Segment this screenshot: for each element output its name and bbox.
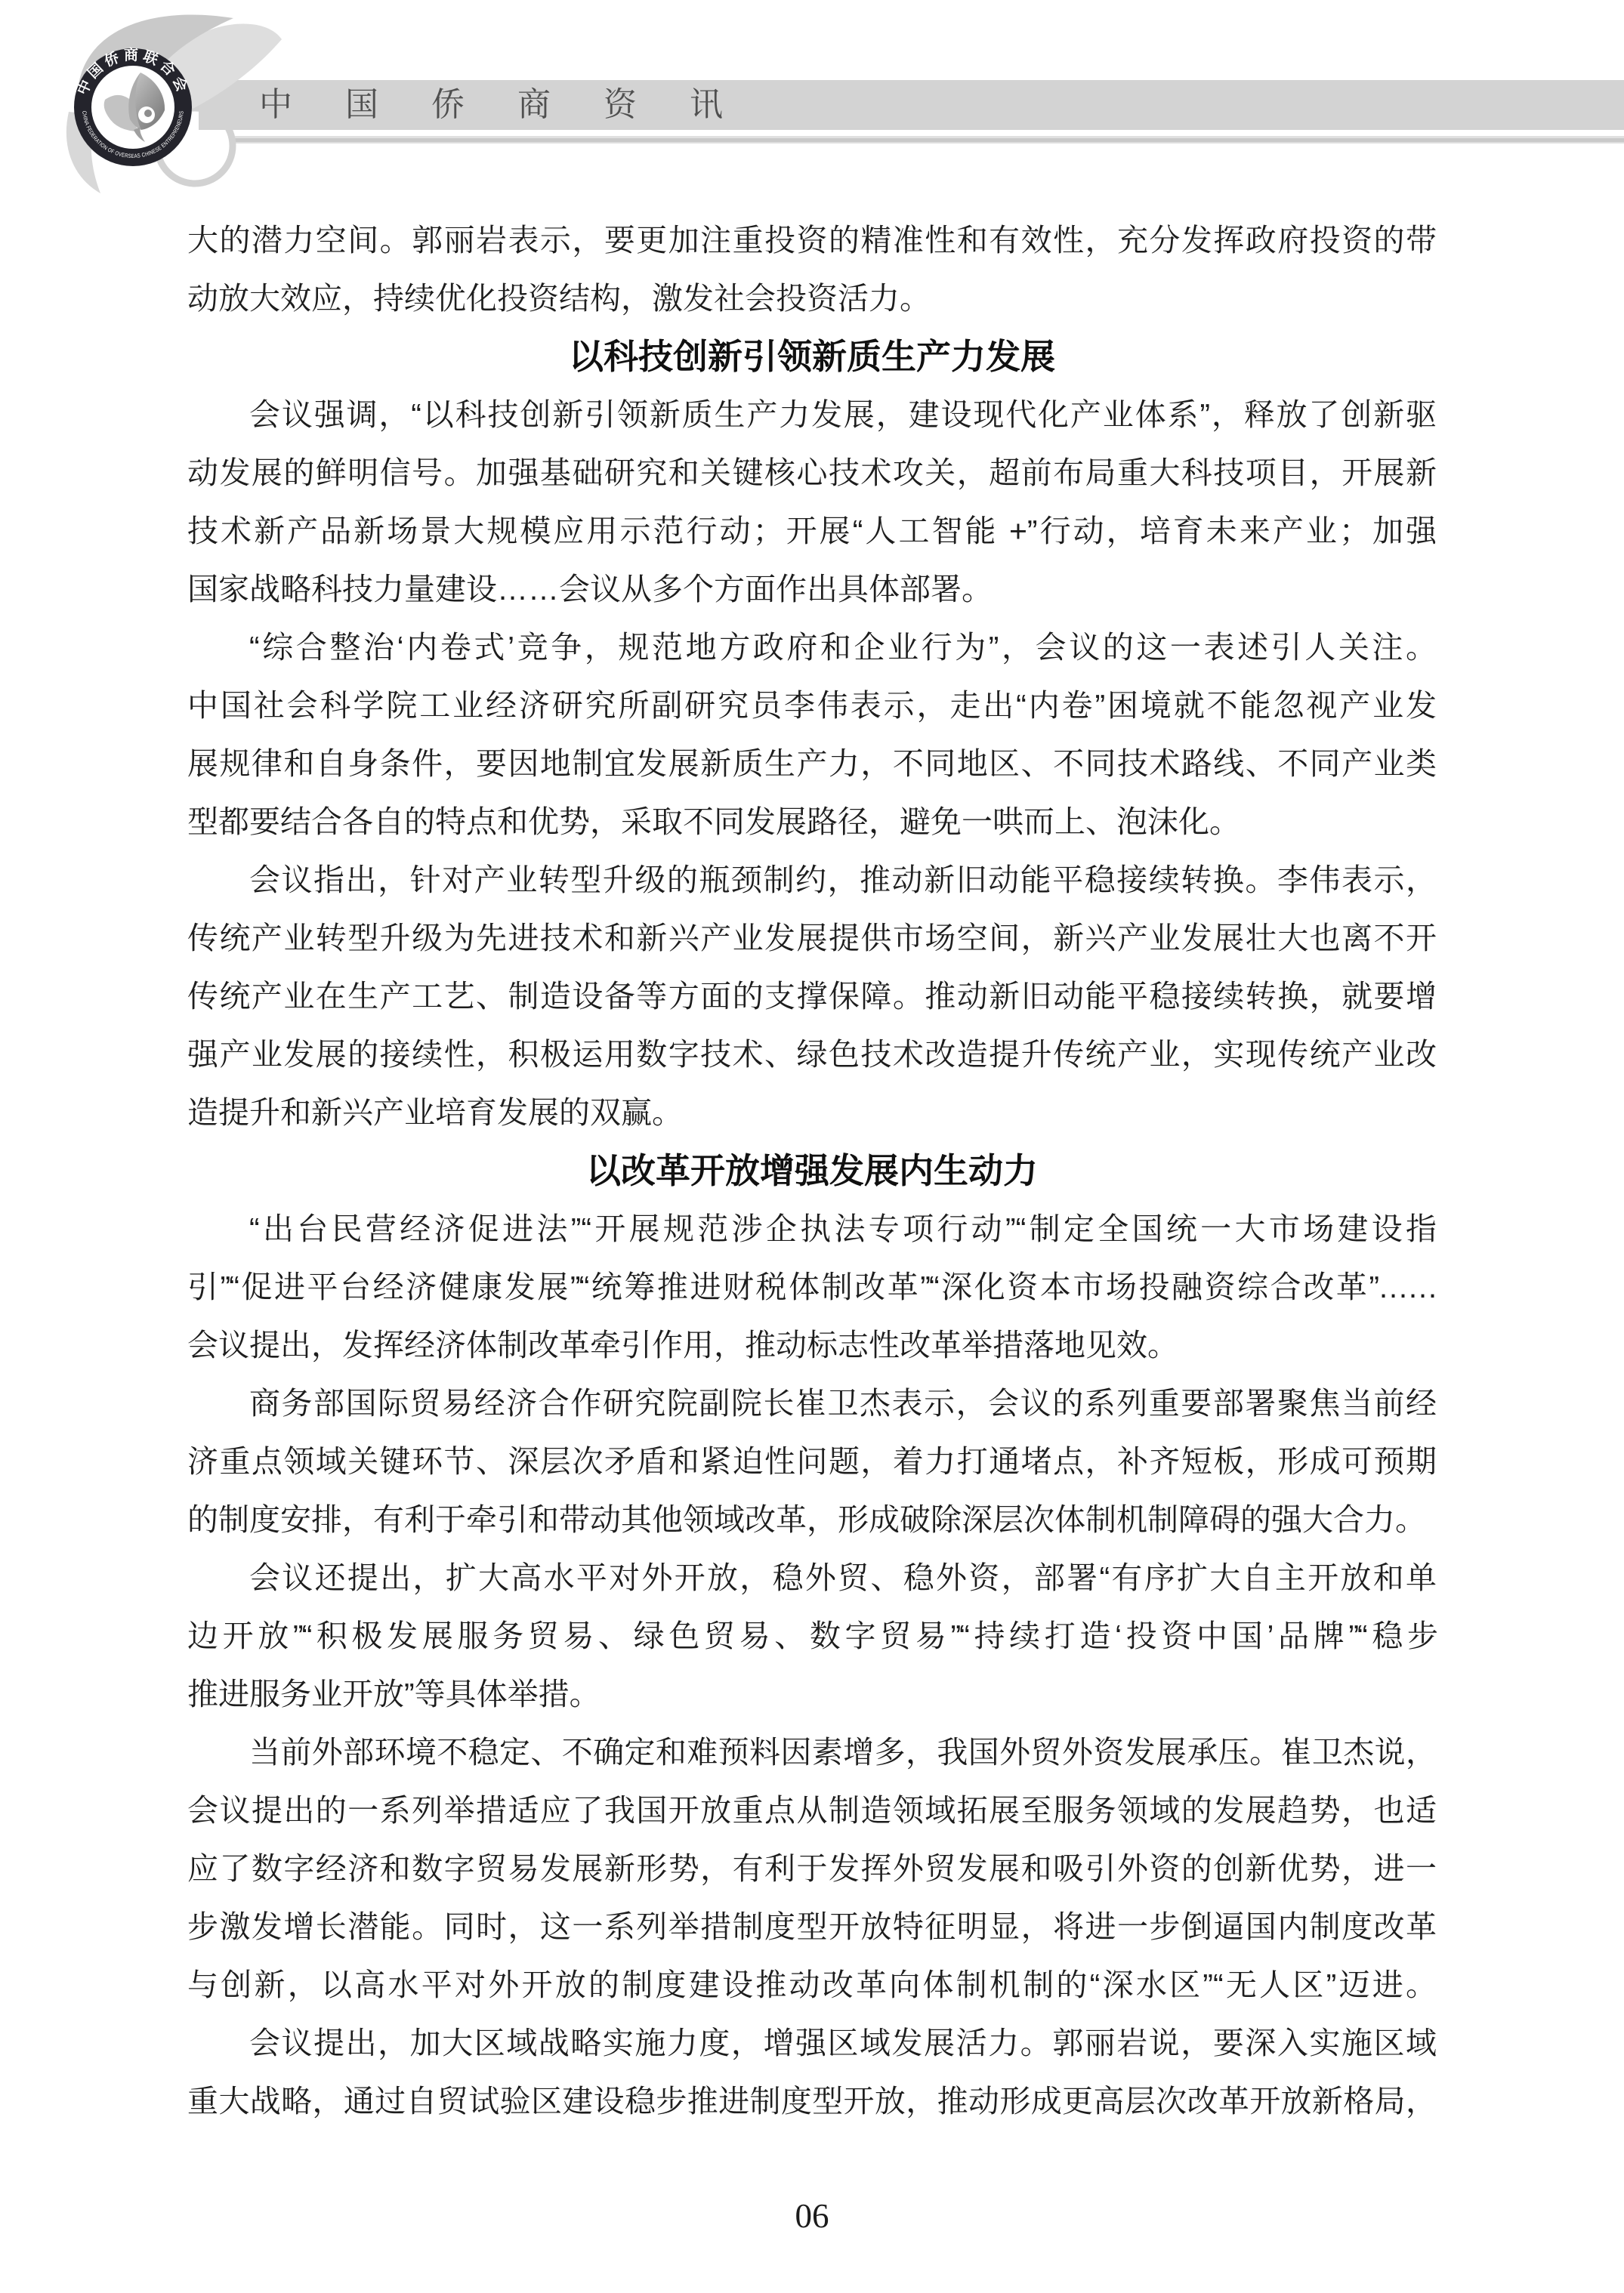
body-text-line: “综合整治‘内卷式’竞争，规范地方政府和企业行为”，会议的这一表述引人关注。 bbox=[187, 619, 1437, 677]
body-text-line: 商务部国际贸易经济合作研究院副院长崔卫杰表示，会议的系列重要部署聚焦当前经 bbox=[187, 1375, 1437, 1433]
body-text-line: 技术新产品新场景大规模应用示范行动；开展“人工智能 +”行动，培育未来产业；加强 bbox=[187, 502, 1437, 560]
body-text-line: “出台民营经济促进法”“开展规范涉企执法专项行动”“制定全国统一大市场建设指 bbox=[187, 1200, 1437, 1258]
body-text-line: 当前外部环境不稳定、不确定和难预料因素增多，我国外贸外资发展承压。崔卫杰说， bbox=[187, 1724, 1437, 1782]
page-header-title: 中国侨商资讯 bbox=[259, 80, 776, 130]
body-text-line: 应了数字经济和数字贸易发展新形势，有利于发挥外贸发展和吸引外资的创新优势，进一 bbox=[187, 1840, 1437, 1898]
document-page: 中国侨商资讯 中国侨商联合会 CHINA FEDERATION OF OVERS… bbox=[0, 0, 1624, 2293]
body-text-line: 会议强调，“以科技创新引领新质生产力发展，建设现代化产业体系”，释放了创新驱 bbox=[187, 386, 1437, 444]
body-text-line: 大的潜力空间。郭丽岩表示，要更加注重投资的精准性和有效性，充分发挥政府投资的带 bbox=[187, 211, 1437, 270]
article-text: 大的潜力空间。郭丽岩表示，要更加注重投资的精准性和有效性，充分发挥政府投资的带动… bbox=[187, 211, 1437, 2131]
body-text-line: 济重点领域关键环节、深层次矛盾和紧迫性问题，着力打通堵点，补齐短板，形成可预期 bbox=[187, 1433, 1437, 1491]
body-text-line: 会议提出的一系列举措适应了我国开放重点从制造领域拓展至服务领域的发展趋势，也适 bbox=[187, 1782, 1437, 1840]
body-text-line: 引”“促进平台经济健康发展”“统筹推进财税体制改革”“深化资本市场投融资综合改革… bbox=[187, 1258, 1437, 1316]
body-text-line: 重大战略，通过自贸试验区建设稳步推进制度型开放，推动形成更高层次改革开放新格局， bbox=[187, 2072, 1437, 2131]
body-text-line: 中国社会科学院工业经济研究所副研究员李伟表示，走出“内卷”困境就不能忽视产业发 bbox=[187, 677, 1437, 735]
page-number: 06 bbox=[0, 2196, 1624, 2236]
body-text-line: 型都要结合各自的特点和优势，采取不同发展路径，避免一哄而上、泡沫化。 bbox=[187, 793, 1437, 851]
header-stripe-rule bbox=[199, 136, 1624, 144]
body-text-line: 动放大效应，持续优化投资结构，激发社会投资活力。 bbox=[187, 270, 1437, 328]
body-text-line: 步激发增长潜能。同时，这一系列举措制度型开放特征明显，将进一步倒逼国内制度改革 bbox=[187, 1898, 1437, 1956]
body-text-line: 与创新，以高水平对外开放的制度建设推动改革向体制机制的“深水区”“无人区”迈进。 bbox=[187, 1956, 1437, 2014]
body-text-line: 国家战略科技力量建设……会议从多个方面作出具体部署。 bbox=[187, 560, 1437, 619]
organization-logo: 中国侨商联合会 CHINA FEDERATION OF OVERSEAS CHI… bbox=[42, 0, 321, 204]
section-heading: 以改革开放增强发展内生动力 bbox=[187, 1142, 1437, 1200]
body-text-line: 推进服务业开放”等具体举措。 bbox=[187, 1665, 1437, 1724]
body-text-line: 会议提出，发挥经济体制改革牵引作用，推动标志性改革举措落地见效。 bbox=[187, 1316, 1437, 1375]
body-text-line: 会议还提出，扩大高水平对外开放，稳外贸、稳外资，部署“有序扩大自主开放和单 bbox=[187, 1549, 1437, 1607]
body-text-line: 会议指出，针对产业转型升级的瓶颈制约，推动新旧动能平稳接续转换。李伟表示， bbox=[187, 851, 1437, 909]
body-text-line: 的制度安排，有利于牵引和带动其他领域改革，形成破除深层次体制机制障碍的强大合力。 bbox=[187, 1491, 1437, 1549]
body-text-line: 边开放”“积极发展服务贸易、绿色贸易、数字贸易”“持续打造‘投资中国’品牌”“稳… bbox=[187, 1607, 1437, 1665]
body-text-line: 动发展的鲜明信号。加强基础研究和关键核心技术攻关，超前布局重大科技项目，开展新 bbox=[187, 444, 1437, 502]
section-heading: 以科技创新引领新质生产力发展 bbox=[187, 328, 1437, 386]
body-text-line: 会议提出，加大区域战略实施力度，增强区域发展活力。郭丽岩说，要深入实施区域 bbox=[187, 2014, 1437, 2072]
body-text-line: 传统产业转型升级为先进技术和新兴产业发展提供市场空间，新兴产业发展壮大也离不开 bbox=[187, 909, 1437, 968]
body-text-line: 传统产业在生产工艺、制造设备等方面的支撑保障。推动新旧动能平稳接续转换，就要增 bbox=[187, 968, 1437, 1026]
body-text-line: 展规律和自身条件，要因地制宜发展新质生产力，不同地区、不同技术路线、不同产业类 bbox=[187, 735, 1437, 793]
body-text-line: 造提升和新兴产业培育发展的双赢。 bbox=[187, 1084, 1437, 1142]
body-text-line: 强产业发展的接续性，积极运用数字技术、绿色技术改造提升传统产业，实现传统产业改 bbox=[187, 1026, 1437, 1084]
